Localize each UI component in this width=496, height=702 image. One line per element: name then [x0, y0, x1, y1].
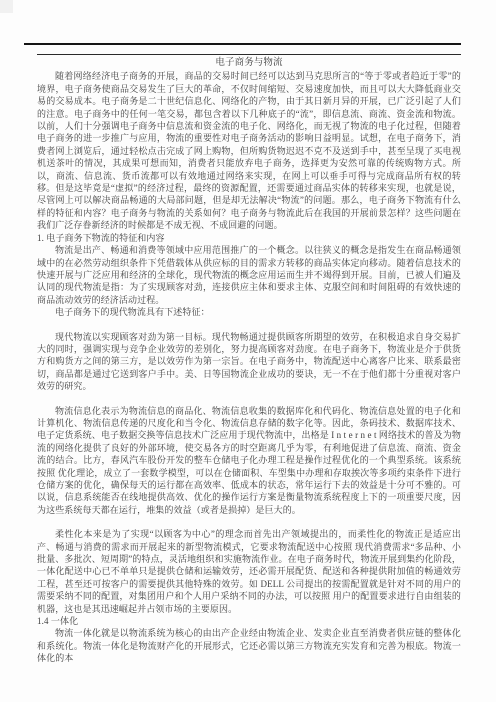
feature-customer-first-paragraph: 现代物流以实现顾客对劲为第一目标。现代物畅通过提供顾客所期望的效劳，在积极追求自…	[37, 331, 461, 393]
feature-informatization-paragraph: 物流信息化表示为物流信息的商品化、物流信息收集的数据库化和代码化、物流信息处置的…	[37, 405, 461, 517]
features-lead-line: 电子商务下的现代物流具有下述特征：	[37, 306, 461, 318]
document-page: 电子商务与物流 随着网络经济电子商务的开展，商品的交易时间已经可以达到马克思所言…	[0, 0, 496, 702]
section-1-overview-paragraph: 物流是出产、畅通和消费等领域中应用范围推广的一个概念。以往狭义的概念是指发生在商…	[37, 244, 461, 306]
section-1-4-body-paragraph: 物流一体化就是以物流系统为核心的由出产企业经由物流企业、发卖企业直至消费者供应链…	[37, 627, 461, 664]
feature-flexibility-paragraph: 柔性化本来是为了实现“以顾客为中心”的理念而首先出产领域提出的，而柔性化的物流正…	[37, 528, 461, 615]
intro-paragraph: 随着网络经济电子商务的开展，商品的交易时间已经可以达到马克思所言的“等于零或者趋…	[37, 70, 461, 231]
scan-corner-artifact	[0, 0, 13, 13]
document-title: 电子商务与物流	[37, 57, 461, 69]
header-rule-outer	[24, 43, 461, 45]
section-1-heading: 1. 电子商务下物流的特征和内容	[37, 232, 461, 244]
document-body: 电子商务与物流 随着网络经济电子商务的开展，商品的交易时间已经可以达到马克思所言…	[37, 57, 461, 665]
section-1-4-heading: 1.4 一体化	[37, 615, 461, 627]
header-rule-inner	[37, 54, 461, 55]
